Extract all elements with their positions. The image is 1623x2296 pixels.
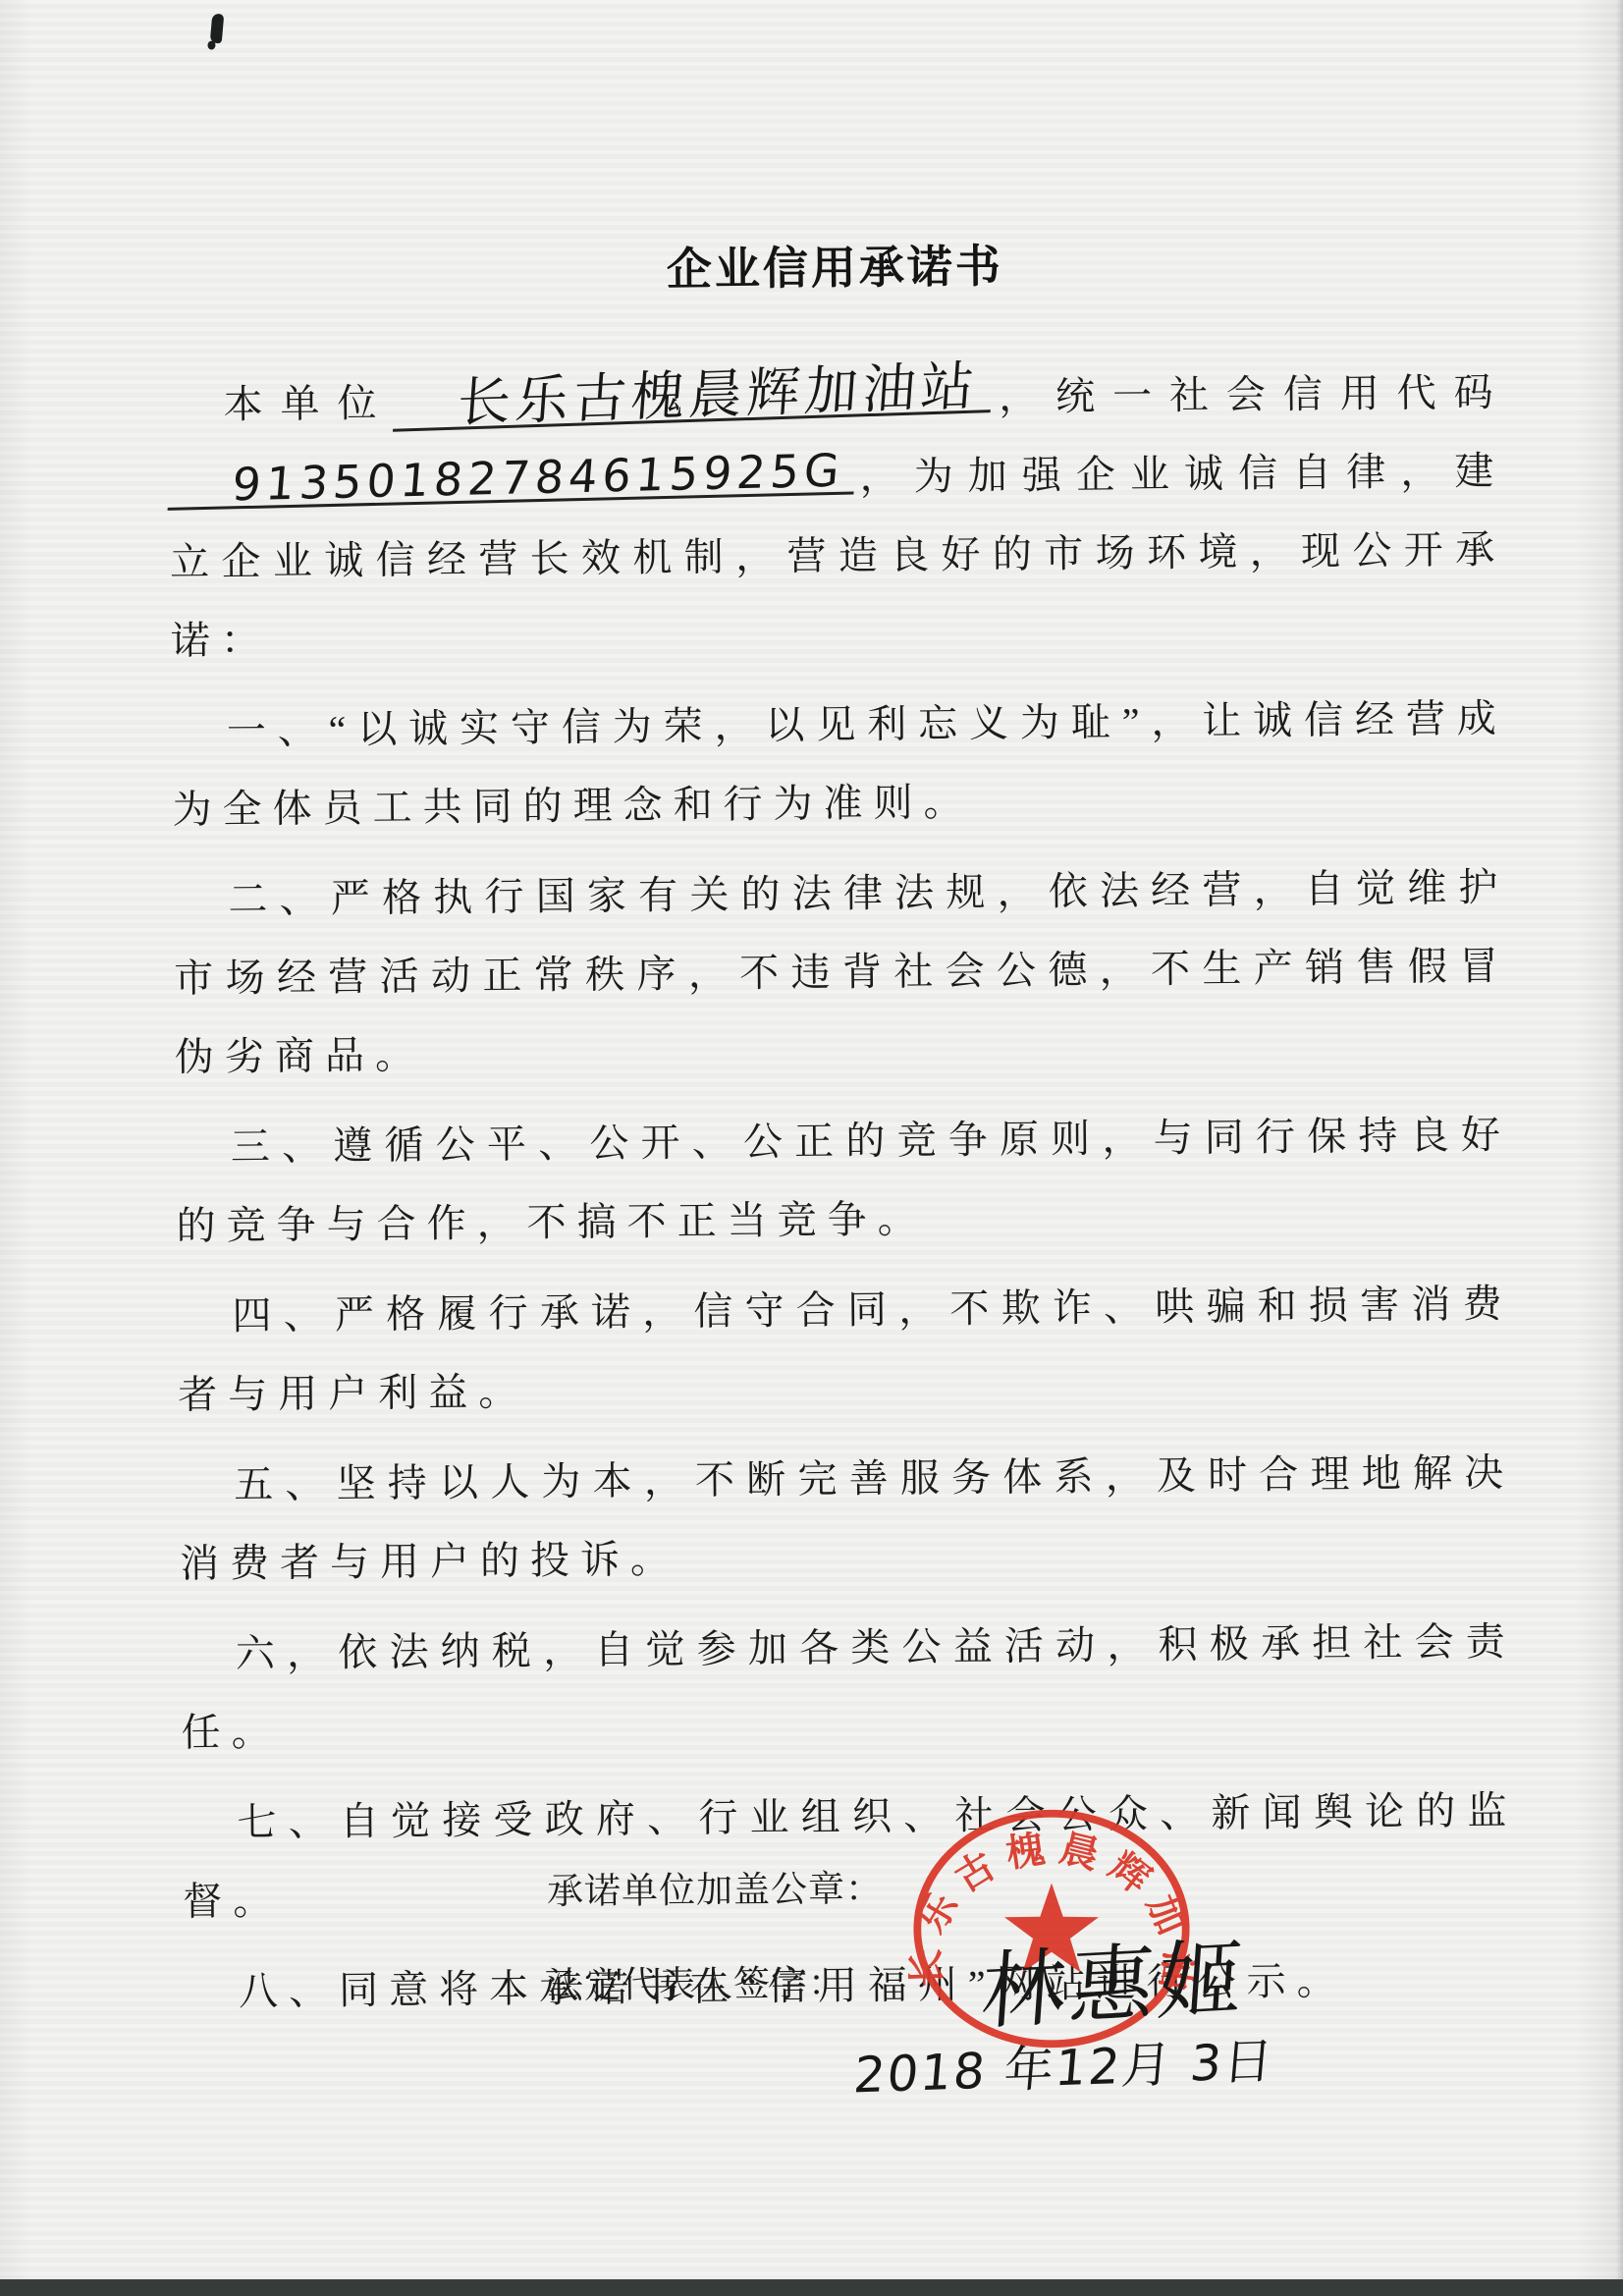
commitment-item-3: 三、遵循公平、公开、公正的竞争原则，与同行保持良好的竞争与合作，不搞不正当竞争。 [176,1096,1512,1266]
credit-code-handwritten: 91350182784615925G [168,448,858,511]
intro-paragraph: 本单位长乐古槐晨辉加油站，统一社会信用代码91350182784615925G，… [168,354,1506,681]
company-name-handwritten: 长乐古槐晨辉加油站 [393,364,994,432]
commitment-item-6: 六，依法纳税，自觉参加各类公益活动，积极承担社会责任。 [180,1603,1516,1773]
scan-edge-shadow [1616,0,1623,2296]
intro-middle: ，统一社会信用代码 [992,370,1504,419]
scanned-document-page: 企业信用承诺书 本单位长乐古槐晨辉加油站，统一社会信用代码91350182784… [0,0,1623,2296]
signer-caption: 法定代表人签字： [547,1953,845,2009]
scan-edge-artifact [0,2279,1623,2296]
seal-caption: 承诺单位加盖公章： [547,1859,883,1915]
commitment-item-1: 一、“以诚实守信为荣，以见利忘义为耻”，让诚信经营成为全体员工共同的理念和行为准… [171,680,1507,849]
commitment-item-8: 八、同意将本承诺书在“信用福州”网站进行公示。 [184,1941,1520,2032]
commitment-item-4: 四、严格履行承诺，信守合同，不欺诈、哄骗和损害消费者与用户利益。 [177,1265,1513,1435]
commitment-item-2: 二、严格执行国家有关的法律法规，依法经营，自觉维护市场经营活动正常秩序，不违背社… [173,848,1510,1097]
document-body: 企业信用承诺书 本单位长乐古槐晨辉加油站，统一社会信用代码91350182784… [167,226,1520,2044]
ink-smudge-artifact [210,14,225,44]
commitment-item-5: 五、坚持以人为本，不断完善服务体系，及时合理地解决消费者与用户的投诉。 [179,1434,1515,1604]
commitment-item-7: 七、自觉接受政府、行业组织、社会公众、新闻舆论的监督。 [182,1772,1518,1941]
signature-date-handwritten: 2018 年12月 3日 [851,2021,1278,2106]
document-title: 企业信用承诺书 [167,226,1503,303]
intro-prefix: 本单位 [223,381,394,427]
